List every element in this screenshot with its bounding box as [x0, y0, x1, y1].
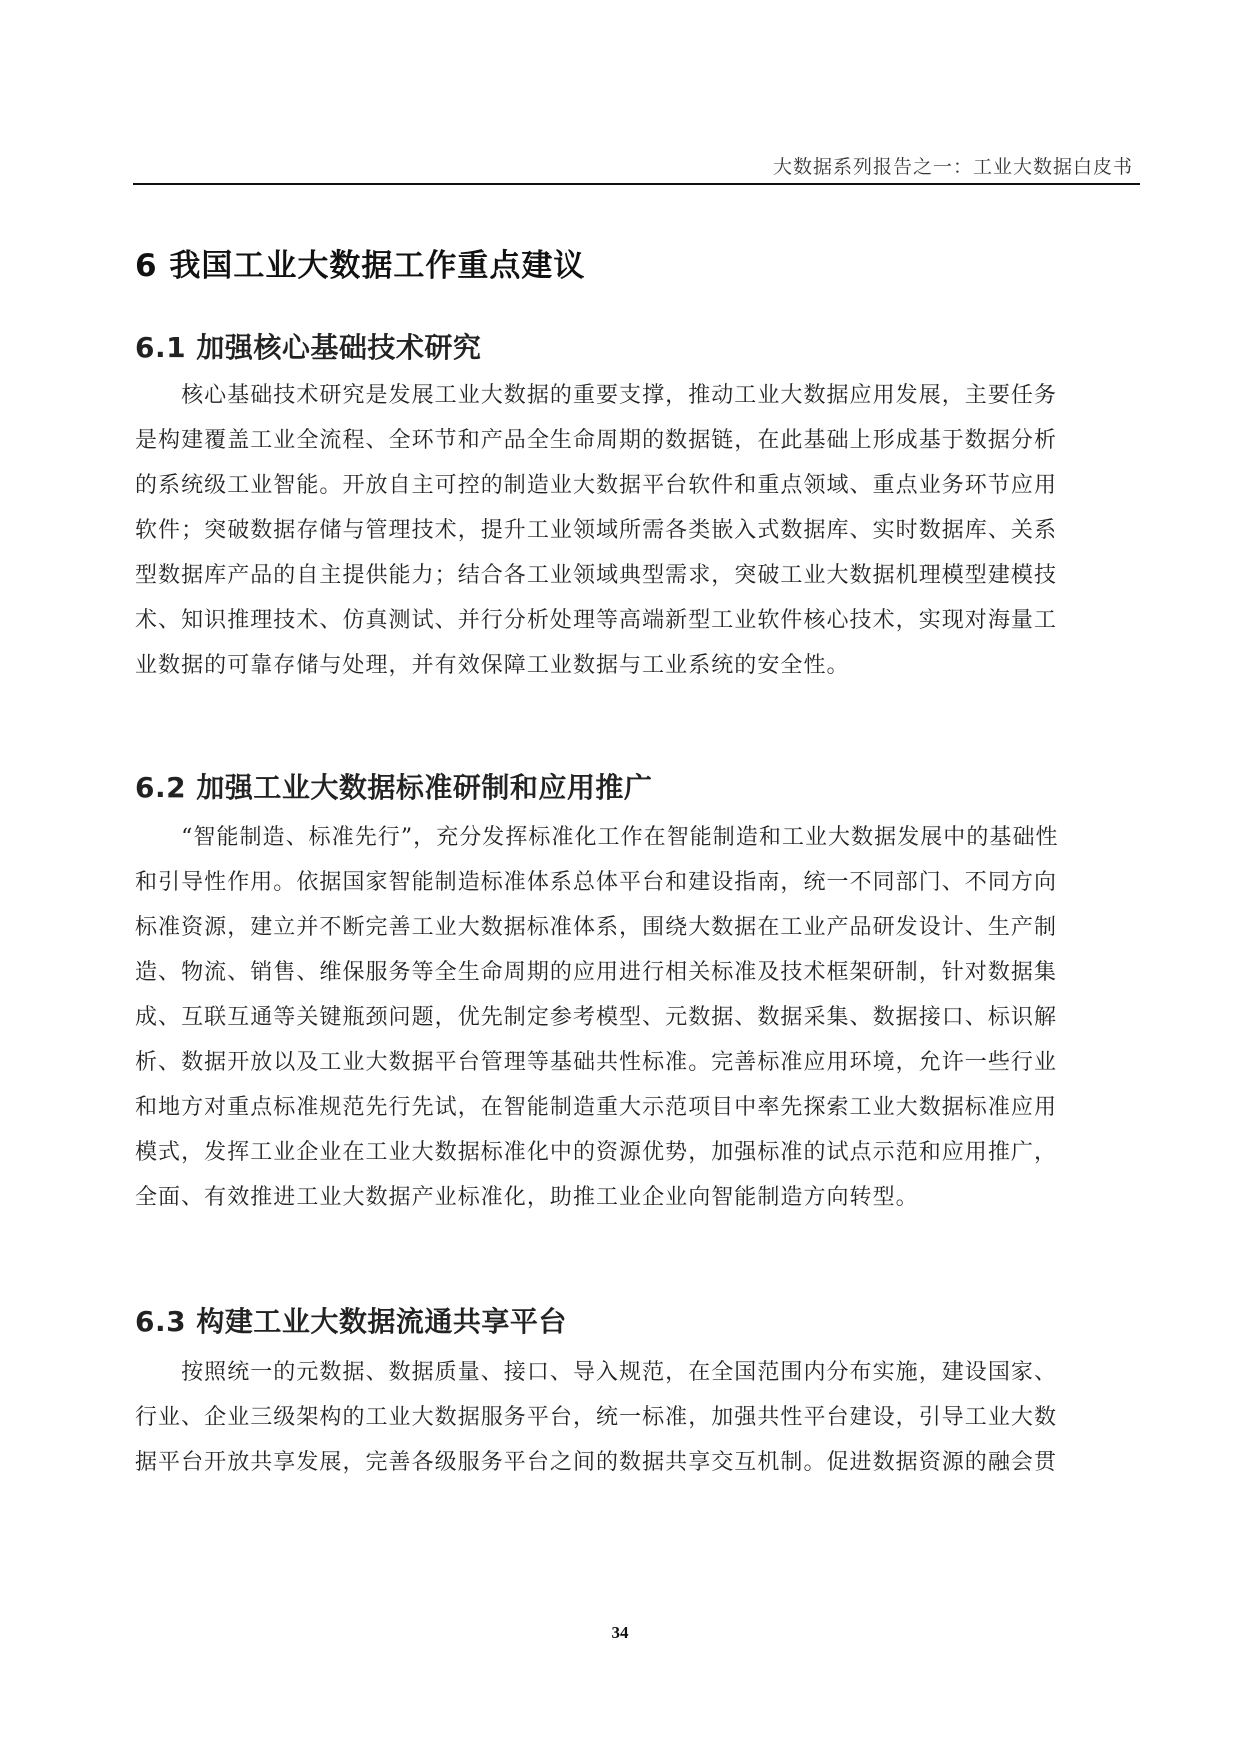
- paragraph-line: 据平台开放共享发展，完善各级服务平台之间的数据共享交互机制。促进数据资源的融会贯: [135, 1440, 1145, 1485]
- paragraph-line: 模式，发挥工业企业在工业大数据标准化中的资源优势，加强标准的试点示范和应用推广，: [135, 1130, 1145, 1175]
- paragraph-line: 行业、企业三级架构的工业大数据服务平台，统一标准，加强共性平台建设，引导工业大数: [135, 1395, 1145, 1440]
- paragraph-line: 全面、有效推进工业大数据产业标准化，助推工业企业向智能制造方向转型。: [135, 1175, 1145, 1220]
- section-paragraph-6-2: “智能制造、标准先行”，充分发挥标准化工作在智能制造和工业大数据发展中的基础性 …: [135, 815, 1145, 1220]
- paragraph-line: 成、互联互通等关键瓶颈问题，优先制定参考模型、元数据、数据采集、数据接口、标识解: [135, 995, 1145, 1040]
- running-header: 大数据系列报告之一：工业大数据白皮书: [133, 148, 1140, 185]
- chapter-title: 6 我国工业大数据工作重点建议: [135, 240, 585, 285]
- paragraph-line: “智能制造、标准先行”，充分发挥标准化工作在智能制造和工业大数据发展中的基础性: [135, 815, 1145, 860]
- section-title-6-1: 6.1 加强核心基础技术研究: [135, 326, 481, 366]
- paragraph-line: 的系统级工业智能。开放自主可控的制造业大数据平台软件和重点领域、重点业务环节应用: [135, 463, 1145, 508]
- paragraph-line: 按照统一的元数据、数据质量、接口、导入规范，在全国范围内分布实施，建设国家、: [135, 1350, 1145, 1395]
- running-header-title: 大数据系列报告之一：工业大数据白皮书: [773, 152, 1133, 179]
- paragraph-line: 和引导性作用。依据国家智能制造标准体系总体平台和建设指南，统一不同部门、不同方向: [135, 860, 1145, 905]
- paragraph-line: 业数据的可靠存储与处理，并有效保障工业数据与工业系统的安全性。: [135, 643, 1145, 688]
- paragraph-line: 软件；突破数据存储与管理技术，提升工业领域所需各类嵌入式数据库、实时数据库、关系: [135, 508, 1145, 553]
- paragraph-line: 析、数据开放以及工业大数据平台管理等基础共性标准。完善标准应用环境，允许一些行业: [135, 1040, 1145, 1085]
- paragraph-line: 术、知识推理技术、仿真测试、并行分析处理等高端新型工业软件核心技术，实现对海量工: [135, 598, 1145, 643]
- section-title-6-3: 6.3 构建工业大数据流通共享平台: [135, 1300, 567, 1340]
- paragraph-line: 型数据库产品的自主提供能力；结合各工业领域典型需求，突破工业大数据机理模型建模技: [135, 553, 1145, 598]
- paragraph-line: 是构建覆盖工业全流程、全环节和产品全生命周期的数据链，在此基础上形成基于数据分析: [135, 418, 1145, 463]
- section-paragraph-6-3: 按照统一的元数据、数据质量、接口、导入规范，在全国范围内分布实施，建设国家、 行…: [135, 1350, 1145, 1485]
- paragraph-line: 核心基础技术研究是发展工业大数据的重要支撑，推动工业大数据应用发展，主要任务: [135, 373, 1145, 418]
- section-title-6-2: 6.2 加强工业大数据标准研制和应用推广: [135, 766, 652, 806]
- paragraph-line: 和地方对重点标准规范先行先试，在智能制造重大示范项目中率先探索工业大数据标准应用: [135, 1085, 1145, 1130]
- paragraph-line: 造、物流、销售、维保服务等全生命周期的应用进行相关标准及技术框架研制，针对数据集: [135, 950, 1145, 995]
- section-paragraph-6-1: 核心基础技术研究是发展工业大数据的重要支撑，推动工业大数据应用发展，主要任务 是…: [135, 373, 1145, 688]
- paragraph-line: 标准资源，建立并不断完善工业大数据标准体系，围绕大数据在工业产品研发设计、生产制: [135, 905, 1145, 950]
- page-number: 34: [0, 1623, 1240, 1643]
